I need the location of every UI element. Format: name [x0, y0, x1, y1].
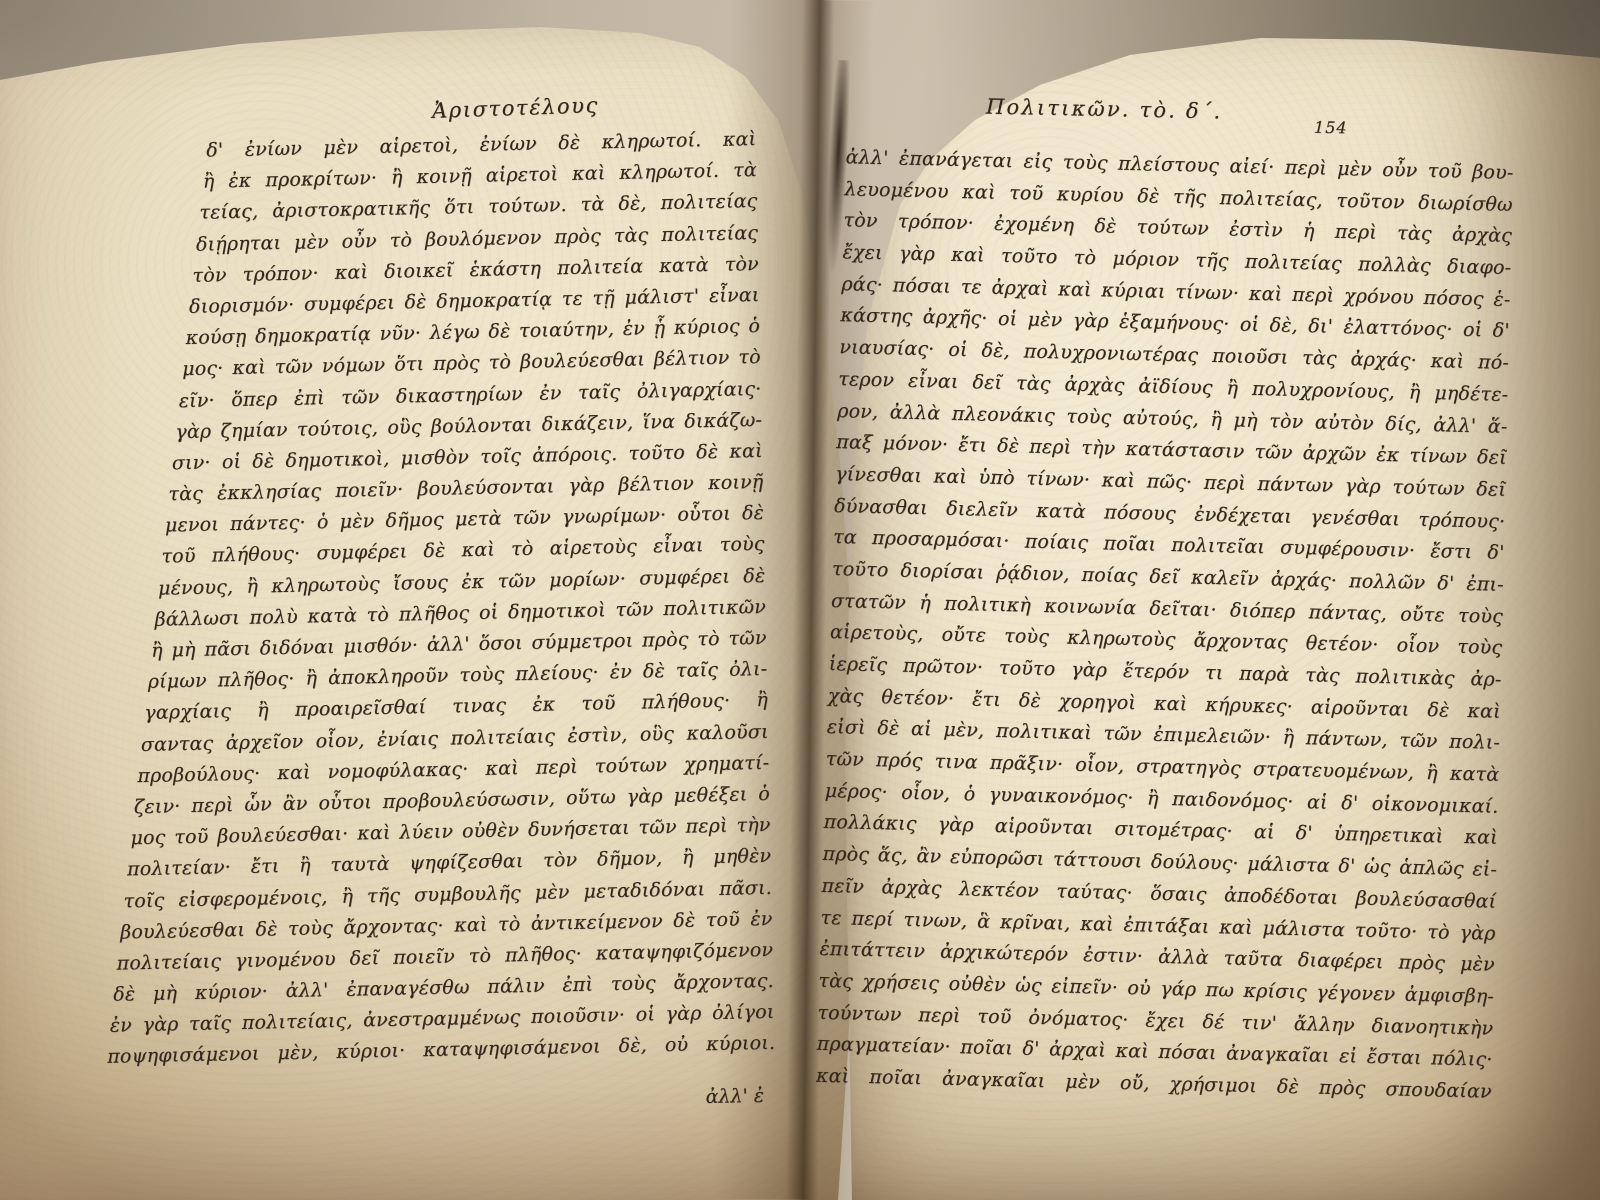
catchword: ἀλλ' ἐ	[648, 1085, 764, 1109]
page-number: 154	[1314, 118, 1348, 138]
right-page-text: ἀλλ' ἐπανάγεται εἰς τοὺς πλείστους αἰεί·…	[816, 142, 1514, 1108]
left-page-text: δ' ἐνίων μὲν αἱρετοὶ, ἐνίων δὲ κληρωτοί.…	[88, 124, 775, 1073]
running-title-right: Πολιτικῶν. τὸ. δ´.	[986, 95, 1223, 124]
photo-of-open-book: Ἀριστοτέλους Πολιτικῶν. τὸ. δ´. 154 δ' ἐ…	[0, 0, 1600, 1200]
